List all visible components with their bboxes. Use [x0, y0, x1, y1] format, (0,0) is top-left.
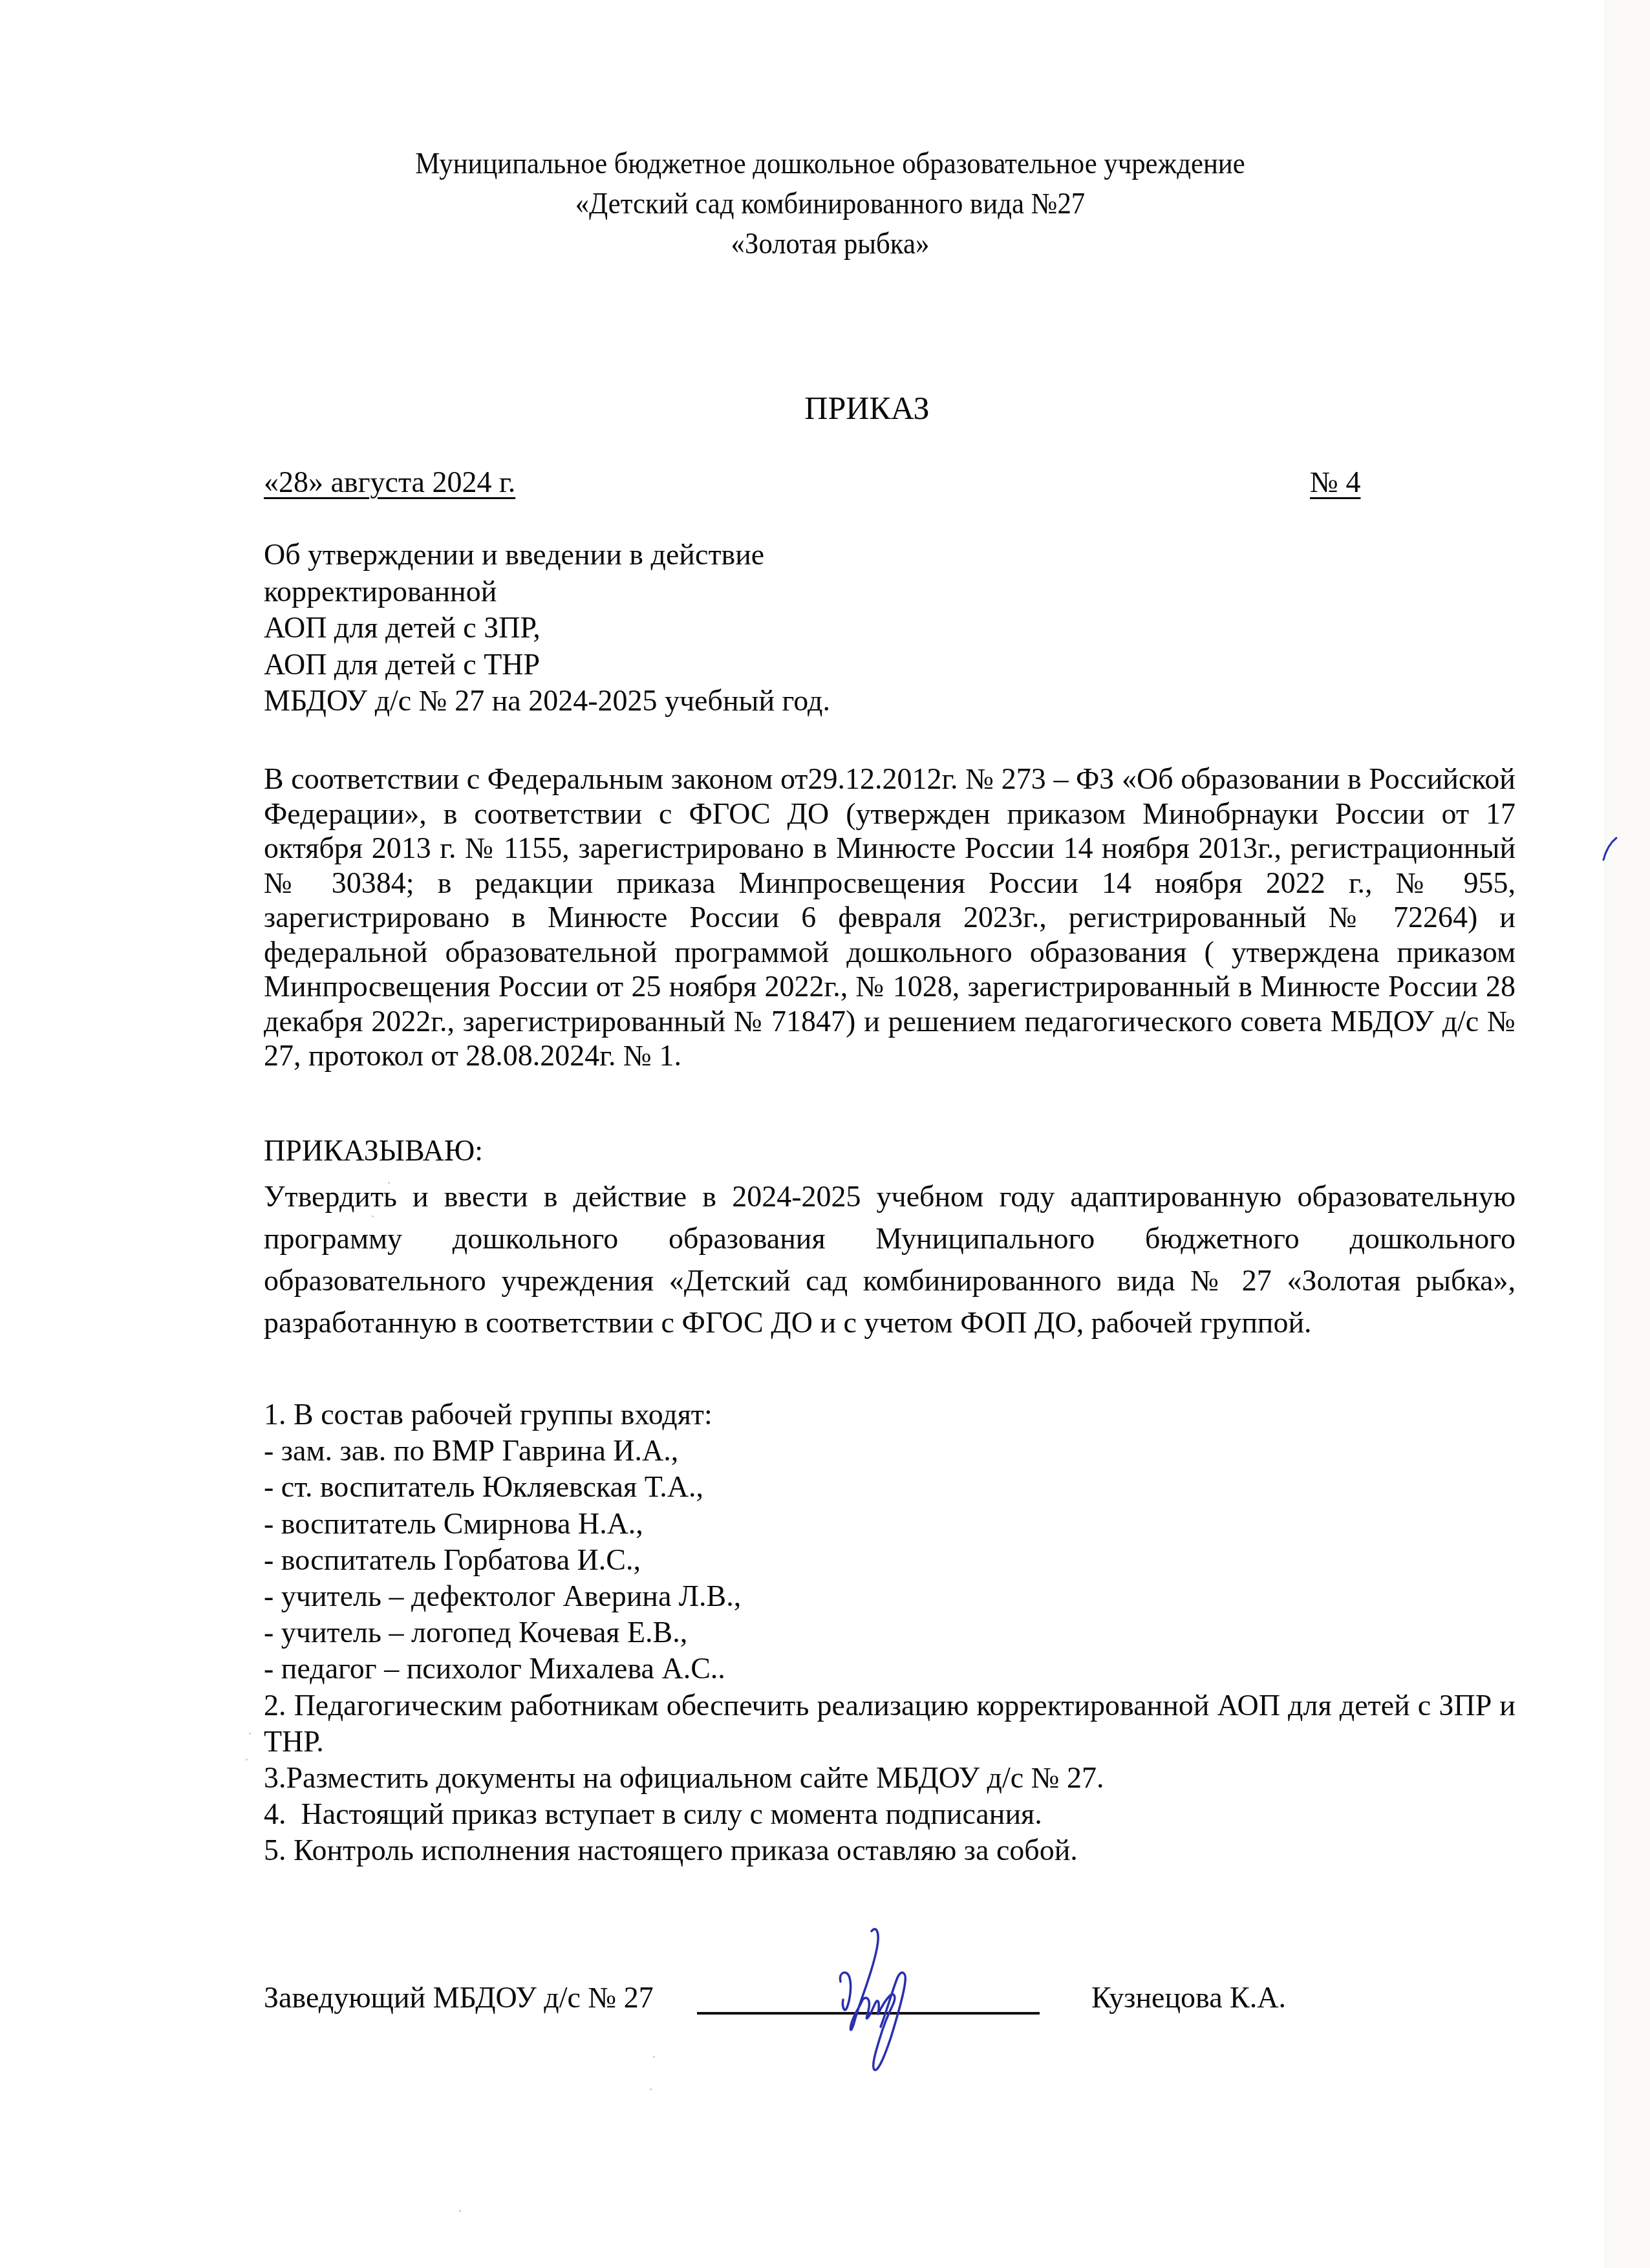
- speck: [246, 1759, 248, 1760]
- speck: [372, 1215, 374, 1217]
- speck: [249, 1733, 251, 1735]
- pen-mark-icon: [1597, 834, 1623, 866]
- speck: [653, 2056, 655, 2058]
- group-member: - зам. зав. по ВМР Гаврина И.А.,: [264, 1433, 1516, 1469]
- handwritten-signature-icon: [795, 1923, 950, 2079]
- order-item-4: 4. Настоящий приказ вступает в силу с мо…: [264, 1796, 1516, 1832]
- group-member: - воспитатель Смирнова Н.А.,: [264, 1506, 1516, 1542]
- group-heading: 1. В состав рабочей группы входят:: [264, 1396, 1516, 1433]
- subject-line: АОП для детей с ЗПР,: [264, 610, 830, 647]
- group-member: - учитель – дефектолог Аверина Л.В.,: [264, 1578, 1516, 1614]
- order-number: № 4: [1310, 463, 1360, 502]
- group-member: - педагог – психолог Михалева А.С..: [264, 1651, 1516, 1687]
- order-item-3: 3.Разместить документы на официальном са…: [264, 1760, 1516, 1796]
- group-member: - ст. воспитатель Юкляевская Т.А.,: [264, 1469, 1516, 1505]
- order-subject: Об утверждении и введении в действие кор…: [264, 537, 830, 720]
- signatory-name: Кузнецова К.А.: [1091, 1978, 1286, 2017]
- order-main-paragraph: Утвердить и ввести в действие в 2024-202…: [264, 1175, 1516, 1343]
- preamble-paragraph: В соответствии с Федеральным законом от2…: [264, 762, 1516, 1073]
- order-items: 1. В состав рабочей группы входят: - зам…: [264, 1396, 1516, 1869]
- institution-header: Муниципальное бюджетное дошкольное образ…: [63, 144, 1597, 264]
- order-item-2: 2. Педагогическим работникам обеспечить …: [264, 1687, 1516, 1760]
- document-page: Муниципальное бюджетное дошкольное образ…: [0, 0, 1650, 2268]
- scan-edge: [1605, 0, 1650, 2268]
- group-member: - учитель – логопед Кочевая Е.В.,: [264, 1614, 1516, 1651]
- header-line-2: «Детский сад комбинированного вида №27: [63, 184, 1597, 224]
- order-keyword: ПРИКАЗЫВАЮ:: [264, 1133, 483, 1169]
- subject-line: АОП для детей с ТНР: [264, 647, 830, 683]
- group-member: - воспитатель Горбатова И.С.,: [264, 1542, 1516, 1578]
- subject-line: Об утверждении и введении в действие: [264, 537, 830, 573]
- signatory-position: Заведующий МБДОУ д/с № 27: [264, 1978, 654, 2017]
- speck: [459, 2210, 461, 2212]
- header-line-1: Муниципальное бюджетное дошкольное образ…: [63, 144, 1597, 184]
- subject-line: корректированной: [264, 573, 830, 610]
- header-line-3: «Золотая рыбка»: [63, 224, 1597, 264]
- document-title: ПРИКАЗ: [0, 388, 1650, 428]
- speck: [388, 1182, 390, 1184]
- order-date: «28» августа 2024 г.: [264, 463, 515, 502]
- subject-line: МБДОУ д/с № 27 на 2024-2025 учебный год.: [264, 683, 830, 720]
- order-item-5: 5. Контроль исполнения настоящего приказ…: [264, 1832, 1516, 1868]
- speck: [650, 2088, 652, 2090]
